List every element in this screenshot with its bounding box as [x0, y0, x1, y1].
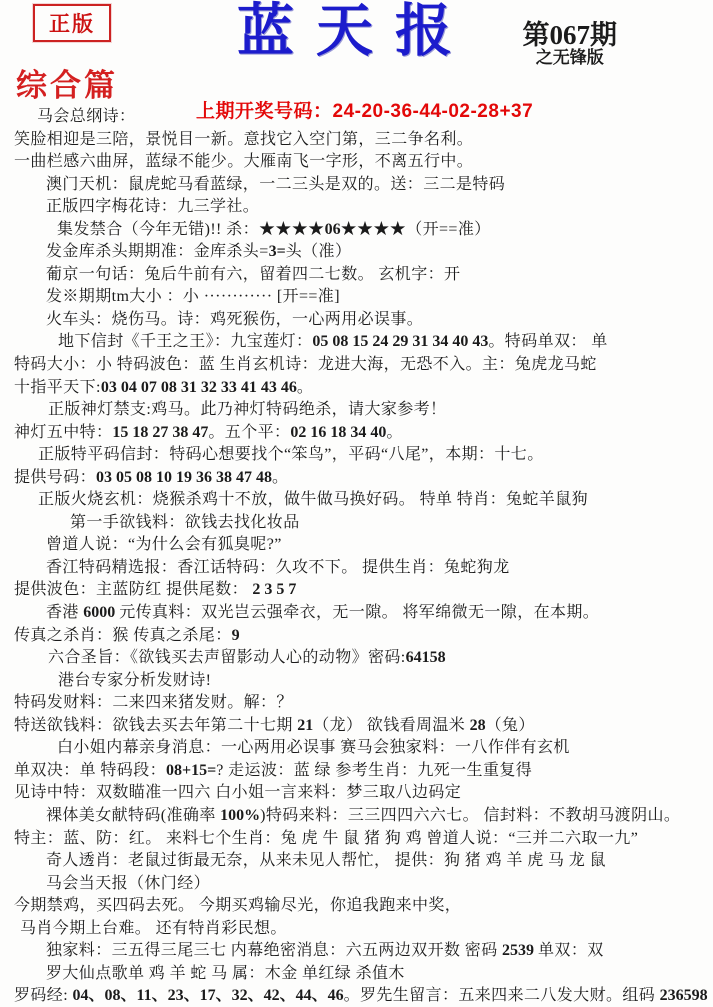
- issue-number: 第067期: [523, 22, 618, 48]
- authentic-badge: 正版: [33, 4, 111, 42]
- text-line: 见诗中特：双数瞄准一四六 白小姐一言来料：梦三取八边码定: [0, 782, 713, 805]
- text-line: 正版特平码信封：特码心想要找个“笨鸟”，平码“八尾”，本期：十七。: [0, 444, 713, 467]
- text-line: 今期禁鸡，买四码去死。 今期买鸡输尽光，你追我跑来中奖，: [0, 895, 713, 918]
- text-line: 奇人透肖：老鼠过街最无奈，从来未见人帮忙， 提供：狗 猪 鸡 羊 虎 马 龙 鼠: [0, 850, 713, 873]
- text-line: 马肖今期上台难。 还有特肖彩民想。: [0, 918, 713, 941]
- edition-name: 之无锋版: [523, 48, 618, 68]
- bold-number: 236598: [660, 987, 708, 1004]
- text-line: 罗大仙点歌单 鸡 羊 蛇 马 属：木金 单红绿 杀值木: [0, 963, 713, 986]
- text-line: 澳门天机：鼠虎蛇马看蓝绿，一二三头是双的。送：三二是特码: [0, 174, 713, 197]
- bold-number: 28: [470, 717, 486, 734]
- text-line: 正版四字梅花诗：九三学社。: [0, 196, 713, 219]
- text-line: 十指平天下:03 04 07 08 31 32 33 41 43 46。: [0, 377, 713, 400]
- text-line: 特码大小：小 特码波色：蓝 生肖玄机诗：龙进大海，无恐不入。主：兔虎龙马蛇: [0, 354, 713, 377]
- tips-text-block: 马会总纲诗：笑脸相迎是三陪，景悦目一新。意找它入空门第，三二争名利。一曲栏感六曲…: [0, 106, 713, 1007]
- text-line: 提供波色：主蓝防红 提供尾数： 2 3 5 7: [0, 579, 713, 602]
- text-line: 六合圣旨：《欲钱买去声留影动人心的动物》密码:64158: [0, 647, 713, 670]
- bold-number: 08+15=: [166, 762, 216, 779]
- bold-number: 03 04 07 08 31 32 33 41 43 46: [101, 379, 297, 396]
- text-line: 火车头：烧伤马。诗：鸡死猴伤，一心两用必误事。: [0, 309, 713, 332]
- section-title: 综合篇: [16, 60, 118, 105]
- text-line: 提供号码：03 05 08 10 19 36 38 47 48。: [0, 467, 713, 490]
- text-line: 特码发财料：二来四来猪发财。解：？: [0, 692, 713, 715]
- bold-number: 100%: [220, 807, 260, 824]
- bold-number: 2539: [502, 942, 538, 959]
- text-line: 传真之杀肖：猴 传真之杀尾：9: [0, 625, 713, 648]
- bold-number: 21: [297, 717, 313, 734]
- text-line: 一曲栏感六曲屏，蓝绿不能少。大雁南飞一字形，不离五行中。: [0, 151, 713, 174]
- page-title: 蓝天报: [237, 0, 474, 64]
- text-line: 独家料：三五得三尾三七 内幕绝密消息：六五两边双开数 密码 2539 单双：双: [0, 940, 713, 963]
- bold-number: 05 08 15 24 29 31 34 40 43: [312, 333, 488, 350]
- text-line: 集发禁合（今年无错)!! 杀：★★★★06★★★★（开==准）: [0, 219, 713, 242]
- text-line: 罗码经: 04、08、11、23、17、32、42、44、46。罗先生留言：五来…: [0, 985, 713, 1007]
- bold-number: 03 05 08 10 19 36 38 47 48: [96, 469, 272, 486]
- bold-number: 6000: [83, 604, 119, 621]
- text-line: 正版神灯禁支:鸡马。此乃神灯特码绝杀，请大家参考！: [0, 399, 713, 422]
- bold-number: 04、08、11、23、17、32、42、44、46: [72, 987, 343, 1004]
- text-line: 特送欲钱料：欲钱去买去年第二十七期 21（龙） 欲钱看周温米 28（兔）: [0, 715, 713, 738]
- bold-number: 3=: [269, 243, 286, 260]
- text-line: 白小姐内幕亲身消息：一心两用必误事 赛马会独家料：一八作伴有玄机: [0, 737, 713, 760]
- text-line: 港台专家分析发财诗!: [0, 670, 713, 693]
- text-line: 发※期期tm大小 ：小 ············ [开==准]: [0, 286, 713, 309]
- text-line: 香港 6000 元传真料：双光岂云强牵衣，无一隙。 将军绵微无一隙，在本期。: [0, 602, 713, 625]
- text-line: 马会当天报（休门经）: [0, 873, 713, 896]
- text-line: 裸体美女献特码(准确率 100%)特码来料：三三四四六六七。 信封料：不教胡马渡…: [0, 805, 713, 828]
- text-line: 地下信封《千王之王》：九宝莲灯：05 08 15 24 29 31 34 40 …: [0, 331, 713, 354]
- text-line: 第一手欲钱料：欲钱去找化妆品: [0, 512, 713, 535]
- bold-number: 02 16 18 34 40: [290, 424, 386, 441]
- bold-number: 2 3 5 7: [252, 581, 296, 598]
- authentic-badge-label: 正版: [49, 8, 95, 38]
- text-line: 马会总纲诗：: [0, 106, 713, 129]
- bold-number: 06: [325, 221, 341, 238]
- text-line: 葡京一句话：兔后牛前有六，留着四二七数。 玄机字：开: [0, 264, 713, 287]
- text-line: 发金库杀头期期准：金库杀头=3=头（准）: [0, 241, 713, 264]
- text-line: 单双决：单 特码段：08+15=? 走运波：蓝 绿 参考生肖：九死一生重复得: [0, 760, 713, 783]
- bold-number: 9: [232, 627, 240, 644]
- text-line: 特主：蓝、防：红。 来料七个生肖：兔 虎 牛 鼠 猪 狗 鸡 曾道人说：“三并二…: [0, 828, 713, 851]
- text-line: 香江特码精选报：香江话特码：久攻不下。 提供生肖：兔蛇狗龙: [0, 557, 713, 580]
- bold-number: 64158: [406, 649, 446, 666]
- text-line: 正版火烧玄机：烧猴杀鸡十不放，做牛做马换好码。 特单 特肖：兔蛇羊鼠狗: [0, 489, 713, 512]
- text-line: 笑脸相迎是三陪，景悦目一新。意找它入空门第，三二争名利。: [0, 129, 713, 152]
- issue-block: 第067期 之无锋版: [523, 22, 618, 68]
- bold-number: 15 18 27 38 47: [112, 424, 208, 441]
- text-line: 神灯五中特：15 18 27 38 47。五个平：02 16 18 34 40。: [0, 422, 713, 445]
- text-line: 曾道人说：“为什么会有狐臭呢?”: [0, 534, 713, 557]
